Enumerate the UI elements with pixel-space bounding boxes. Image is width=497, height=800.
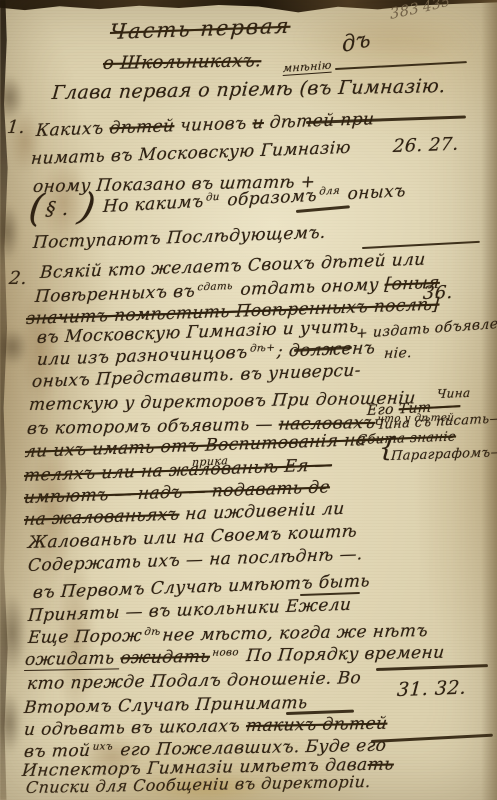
title-part: Часть первая (109, 16, 291, 43)
text-segment: 435 (422, 0, 451, 16)
margin-note: + издать объявле- (356, 317, 497, 341)
text-segment: ихъ (92, 742, 113, 753)
ink-rule (376, 664, 488, 670)
handwritten-line: нимать въ Московскую Гимназію (30, 140, 351, 168)
page-number-ink: 435 (422, 0, 451, 15)
text-segment: ново (212, 648, 239, 659)
text-segment: ди (206, 192, 220, 204)
text-segment: дѣтей (109, 116, 175, 138)
text-segment: 383 (389, 0, 420, 23)
text-segment: на жалованьяхъ (23, 505, 180, 530)
text-segment: Сбита знаніе (356, 430, 456, 449)
handwritten-line: тетскую у директоровъ При доношеніи (28, 390, 416, 414)
text-segment: и одѣвать въ школахъ (23, 716, 247, 740)
text-segment: ( (27, 186, 47, 230)
text-segment: чиновъ (174, 113, 254, 136)
text-segment: нее мѣсто, когда же нѣтъ (161, 621, 429, 646)
handwritten-line: Списки для Сообщеніи въ директоріи. (25, 774, 371, 796)
text-segment: дъ (341, 27, 372, 58)
text-segment: Но какимъ (103, 192, 205, 217)
text-segment: Глава первая о пріемѣ (въ Гимназію. (51, 75, 447, 104)
handwritten-line: Какихъ дѣтей чиновъ и дѣтей при (35, 111, 374, 140)
margin-note: ніе. (384, 346, 413, 361)
margin-number: 31. 32. (396, 679, 467, 700)
manuscript-page: 383435Часть перваяо Школьникахъ.дъмнѣнію… (0, 0, 497, 800)
text-segment: + издать объявле- (356, 316, 497, 342)
text-segment: дѣ (144, 627, 161, 638)
text-segment: ожидать (120, 647, 211, 669)
text-segment: 31. 32. (396, 677, 467, 701)
handwritten-line: кто прежде Подалъ доношеніе. Во (26, 670, 362, 693)
text-segment: на иждивеніи ли (179, 499, 346, 525)
text-segment: оныхъ (341, 181, 406, 204)
text-segment: 26. 27. (392, 134, 459, 157)
section-mark: § . (45, 200, 70, 219)
insert-word: мнѣнію (283, 60, 332, 74)
handwritten-line: ожидать ожидатьново По Порядку времени (24, 645, 445, 669)
handwritten-line: Поступаютъ Послѣдующемъ. (32, 225, 326, 252)
ink-rule (362, 241, 480, 249)
text-segment: § . (45, 198, 70, 220)
text-segment: Второмъ Случаѣ Принимать (23, 693, 308, 718)
text-segment: сдать (197, 281, 233, 293)
title-subject: о Школьникахъ. (102, 52, 262, 73)
text-segment: дѣ+ (250, 343, 276, 355)
text-segment: 2. (8, 268, 28, 289)
text-segment: ожидать (24, 648, 121, 671)
margin-note: Параграфомъ— (391, 446, 497, 463)
item-number: 2. (8, 270, 28, 288)
text-segment: для (319, 186, 340, 198)
text-segment: тетскую у директоровъ При доношеніи (28, 388, 416, 415)
page-edge-right (481, 0, 497, 800)
text-segment: По Порядку времени (240, 643, 446, 667)
handwritten-line: и одѣвать въ школахъ такихъ дѣтей (23, 716, 388, 739)
text-segment: такихъ дѣтей (245, 714, 388, 737)
paren-open: ( (27, 189, 46, 227)
ink-rule (335, 61, 467, 69)
chapter-heading: Глава первая о пріемѣ (въ Гимназію. (51, 77, 446, 103)
insert-flourish: дъ (341, 29, 372, 57)
page-number-pencil: 383 (389, 1, 420, 22)
text-segment: о Школьникахъ. (102, 50, 262, 74)
text-segment: Какихъ (35, 118, 110, 141)
text-segment: образомъ (221, 186, 317, 211)
text-segment: кто прежде Подалъ доношеніе. Во (26, 668, 362, 694)
margin-number: 26. 27. (392, 136, 459, 156)
item-number: 1. (6, 119, 26, 137)
text-segment: въ той (23, 741, 91, 762)
text-segment: Часть первая (109, 14, 291, 44)
text-segment: Еще Порож (27, 626, 143, 648)
text-segment: ніе. (383, 345, 412, 362)
margin-note: Сбита знаніе (357, 431, 457, 447)
text-segment: мнѣнію (283, 59, 332, 76)
text-segment: 1. (6, 117, 26, 138)
handwritten-line: Второмъ Случаѣ Принимать (23, 695, 308, 717)
text-segment: нимать въ Московскую Гимназію (30, 138, 351, 169)
ink-rule (371, 734, 493, 743)
